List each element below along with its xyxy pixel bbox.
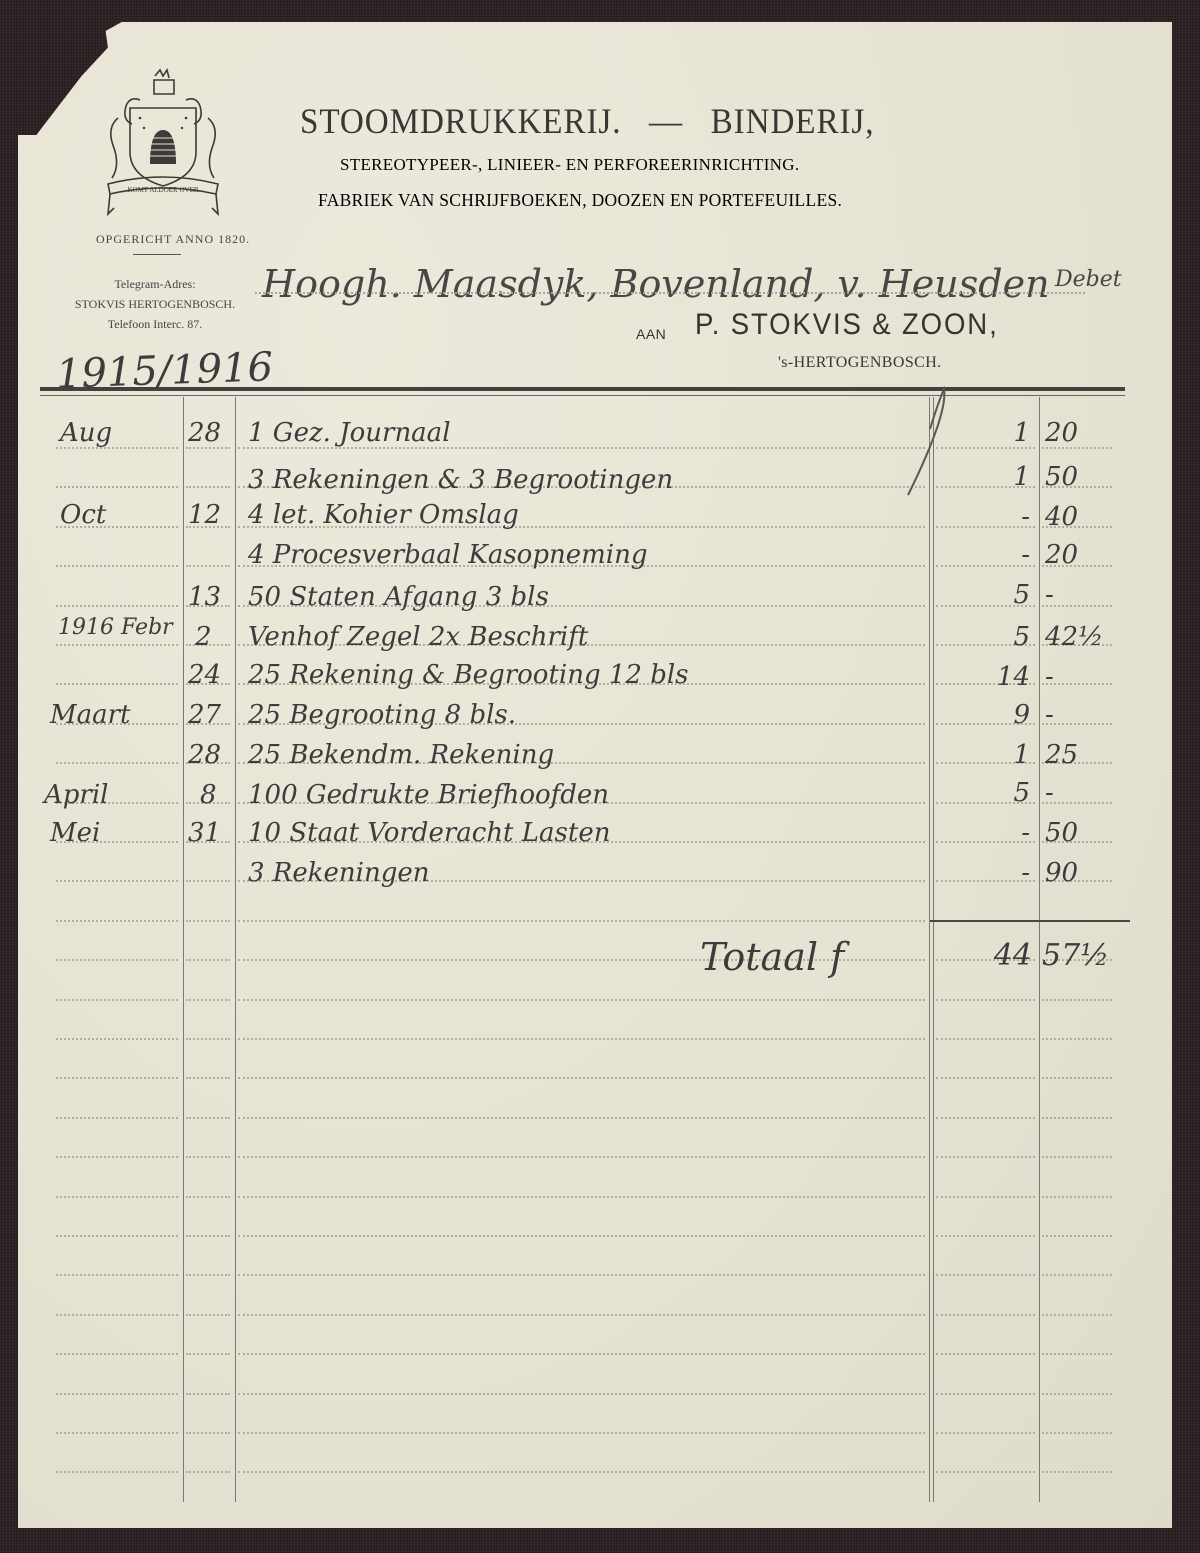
ledger-dotted-line xyxy=(238,1038,925,1040)
ledger-dotted-line xyxy=(186,999,230,1001)
entry-guilders: - xyxy=(960,858,1030,888)
ledger-dotted-line xyxy=(186,920,230,922)
ledger-dotted-line xyxy=(186,486,230,488)
ledger-dotted-line xyxy=(56,1274,178,1276)
entry-cents: 40 xyxy=(1045,502,1078,532)
debet-label: Debet xyxy=(1055,267,1122,292)
ledger-dotted-line xyxy=(56,1393,178,1395)
entry-cents: 42½ xyxy=(1045,622,1103,652)
ledger-dotted-line xyxy=(56,644,178,646)
ledger-dotted-line xyxy=(936,1156,1035,1158)
entry-guilders: 1 xyxy=(960,740,1030,770)
ledger-dotted-line xyxy=(186,1314,230,1316)
entry-cents: 20 xyxy=(1045,540,1078,570)
ledger-dotted-line xyxy=(238,920,925,922)
entry-month: Mei xyxy=(50,818,100,848)
divider xyxy=(133,254,181,255)
ledger-dotted-line xyxy=(56,486,178,488)
entry-description: 3 Rekeningen xyxy=(248,858,430,888)
ledger-dotted-line xyxy=(238,999,925,1001)
ledger-dotted-line xyxy=(238,1353,925,1355)
entry-day: 31 xyxy=(188,818,221,848)
column-divider-folio-b xyxy=(933,397,934,1502)
ledger-dotted-line xyxy=(936,1274,1035,1276)
ledger-dotted-line xyxy=(238,1471,925,1473)
ledger-dotted-line xyxy=(56,762,178,764)
title-printing: STOOMDRUKKERIJ. xyxy=(300,101,621,141)
entry-cents: 25 xyxy=(1045,740,1078,770)
ledger-dotted-line xyxy=(936,1471,1035,1473)
ledger-dotted-line xyxy=(186,1156,230,1158)
ledger-dotted-line xyxy=(238,1314,925,1316)
ledger-dotted-line xyxy=(56,1077,178,1079)
entry-cents: - xyxy=(1045,778,1054,808)
ledger-dotted-line xyxy=(186,880,230,882)
ledger-dotted-line xyxy=(936,1077,1035,1079)
entry-day: 13 xyxy=(188,582,221,612)
established-year: OPGERICHT ANNO 1820. xyxy=(96,232,250,247)
entry-description: 10 Staat Vorderacht Lasten xyxy=(248,818,610,848)
entry-cents: 90 xyxy=(1045,858,1078,888)
ledger-dotted-line xyxy=(186,1471,230,1473)
ledger-dotted-line xyxy=(56,1117,178,1119)
header-rule-thin xyxy=(40,395,1125,396)
ledger-dotted-line xyxy=(238,1235,925,1237)
ledger-dotted-line xyxy=(186,959,230,961)
ledger-dotted-line xyxy=(56,880,178,882)
ledger-dotted-line xyxy=(1042,1314,1112,1316)
entry-guilders: - xyxy=(960,818,1030,848)
entry-guilders: 14 xyxy=(960,662,1030,692)
crest-motto: KOMT ALDOER OVER xyxy=(127,186,198,194)
aan-label: AAN xyxy=(636,326,666,342)
ledger-dotted-line xyxy=(56,1471,178,1473)
entry-guilders: 5 xyxy=(960,580,1030,610)
ledger-dotted-line xyxy=(238,1196,925,1198)
company-title: STOOMDRUKKERIJ.—BINDERIJ, xyxy=(300,100,874,142)
entry-cents: - xyxy=(1045,580,1054,610)
ledger-dotted-line xyxy=(56,1432,178,1434)
products-line: FABRIEK VAN SCHRIJFBOEKEN, DOOZEN EN POR… xyxy=(318,190,842,211)
entry-description: 4 Procesverbaal Kasopneming xyxy=(248,540,647,570)
entry-guilders: - xyxy=(960,502,1030,532)
check-mark-icon xyxy=(900,385,960,505)
ledger-dotted-line xyxy=(56,1314,178,1316)
entry-month: 1916 Febr xyxy=(58,615,173,640)
entry-description: 3 Rekeningen & 3 Begrootingen xyxy=(248,465,673,495)
entry-day: 27 xyxy=(188,700,221,730)
ledger-dotted-line xyxy=(186,1353,230,1355)
ledger-dotted-line xyxy=(1042,999,1112,1001)
entry-day: 28 xyxy=(188,418,221,448)
entry-guilders: 5 xyxy=(960,778,1030,808)
column-divider-cents xyxy=(1039,397,1040,1502)
ledger-dotted-line xyxy=(238,1117,925,1119)
ledger-dotted-line xyxy=(186,1038,230,1040)
entry-cents: - xyxy=(1045,700,1054,730)
ledger-dotted-line xyxy=(1042,1156,1112,1158)
addressee: Hoogh. Maasdyk, Bovenland, v. Heusden xyxy=(262,262,1050,306)
entry-day: 12 xyxy=(188,500,221,530)
ledger-dotted-line xyxy=(186,1077,230,1079)
total-cents: 57½ xyxy=(1042,938,1109,973)
ledger-dotted-line xyxy=(186,1235,230,1237)
column-divider-day xyxy=(235,397,236,1502)
entry-cents: 20 xyxy=(1045,418,1078,448)
ledger-dotted-line xyxy=(56,920,178,922)
entry-cents: - xyxy=(1045,662,1054,692)
ledger-dotted-line xyxy=(936,1117,1035,1119)
ledger-dotted-line xyxy=(56,1353,178,1355)
ledger-dotted-line xyxy=(936,1235,1035,1237)
entry-description: 4 let. Kohier Omslag xyxy=(248,500,519,530)
entry-guilders: 1 xyxy=(960,462,1030,492)
ledger-dotted-line xyxy=(186,1274,230,1276)
ledger-dotted-line xyxy=(186,1196,230,1198)
entry-description: 100 Gedrukte Briefhoofden xyxy=(248,780,609,810)
entry-guilders: - xyxy=(960,540,1030,570)
title-bindery: BINDERIJ, xyxy=(711,101,875,141)
telegram-address: STOKVIS HERTOGENBOSCH. xyxy=(60,297,250,312)
ledger-dotted-line xyxy=(56,959,178,961)
ledger-dotted-line xyxy=(56,999,178,1001)
entry-description: 25 Bekendm. Rekening xyxy=(248,740,554,770)
ledger-dotted-line xyxy=(936,1314,1035,1316)
entry-month: Aug xyxy=(60,418,112,448)
total-rule xyxy=(930,920,1130,922)
entry-guilders: 1 xyxy=(960,418,1030,448)
entry-month: April xyxy=(44,780,108,810)
ledger-dotted-line xyxy=(1042,1432,1112,1434)
entry-cents: 50 xyxy=(1045,818,1078,848)
entry-cents: 50 xyxy=(1045,462,1078,492)
telephone: Telefoon Interc. 87. xyxy=(60,317,250,332)
telegram-label: Telegram-Adres: xyxy=(60,277,250,292)
ledger-dotted-line xyxy=(56,565,178,567)
entry-description: 1 Gez. Journaal xyxy=(248,418,451,448)
invoice-sheet xyxy=(18,22,1172,1528)
ledger-dotted-line xyxy=(1042,1196,1112,1198)
ledger-dotted-line xyxy=(56,1196,178,1198)
entry-day: 28 xyxy=(188,740,221,770)
column-divider-month xyxy=(183,397,184,1502)
ledger-dotted-line xyxy=(1042,1077,1112,1079)
firm-name: P. STOKVIS & ZOON, xyxy=(695,308,999,342)
ledger-dotted-line xyxy=(1042,1353,1112,1355)
entry-day: 24 xyxy=(188,660,221,690)
ledger-dotted-line xyxy=(56,1156,178,1158)
ledger-dotted-line xyxy=(238,1156,925,1158)
ledger-dotted-line xyxy=(186,1117,230,1119)
ledger-dotted-line xyxy=(56,605,178,607)
ledger-dotted-line xyxy=(936,1038,1035,1040)
title-separator: — xyxy=(649,101,683,141)
ledger-dotted-line xyxy=(1042,1274,1112,1276)
ledger-dotted-line xyxy=(936,1353,1035,1355)
entry-description: 25 Rekening & Begrooting 12 bls xyxy=(248,660,689,690)
services-line: STEREOTYPEER-, LINIEER- EN PERFOREERINRI… xyxy=(340,155,799,175)
ledger-dotted-line xyxy=(1042,1235,1112,1237)
ledger-dotted-line xyxy=(186,565,230,567)
entry-month: Maart xyxy=(50,700,131,730)
ledger-dotted-line xyxy=(936,1393,1035,1395)
ledger-dotted-line xyxy=(56,683,178,685)
ledger-dotted-line xyxy=(238,1077,925,1079)
ledger-dotted-line xyxy=(238,1274,925,1276)
total-guilders: 44 xyxy=(960,938,1032,973)
entry-description: 50 Staten Afgang 3 bls xyxy=(248,582,549,612)
ledger-dotted-line xyxy=(238,1432,925,1434)
ledger-dotted-line xyxy=(1042,1038,1112,1040)
ledger-dotted-line xyxy=(1042,1471,1112,1473)
total-label: Totaal f xyxy=(700,935,844,979)
ledger-dotted-line xyxy=(1042,1393,1112,1395)
header-rule-thick xyxy=(40,387,1125,391)
entry-day: 2 xyxy=(195,622,212,652)
entry-description: Venhof Zegel 2x Beschrift xyxy=(248,622,588,652)
column-divider-folio-a xyxy=(929,397,930,1502)
coat-of-arms-icon: KOMT ALDOER OVER xyxy=(100,68,226,218)
ledger-dotted-line xyxy=(186,1432,230,1434)
ledger-dotted-line xyxy=(936,1432,1035,1434)
ledger-dotted-line xyxy=(238,1393,925,1395)
entry-guilders: 9 xyxy=(960,700,1030,730)
firm-city: 's-HERTOGENBOSCH. xyxy=(778,354,942,372)
ledger-dotted-line xyxy=(56,1038,178,1040)
entry-day: 8 xyxy=(200,780,217,810)
addressee-line xyxy=(255,292,1085,294)
ledger-dotted-line xyxy=(56,1235,178,1237)
ledger-dotted-line xyxy=(936,1196,1035,1198)
entry-description: 25 Begrooting 8 bls. xyxy=(248,700,516,730)
entry-guilders: 5 xyxy=(960,622,1030,652)
entry-month: Oct xyxy=(60,500,106,530)
ledger-dotted-line xyxy=(936,999,1035,1001)
ledger-dotted-line xyxy=(186,1393,230,1395)
ledger-dotted-line xyxy=(1042,1117,1112,1119)
